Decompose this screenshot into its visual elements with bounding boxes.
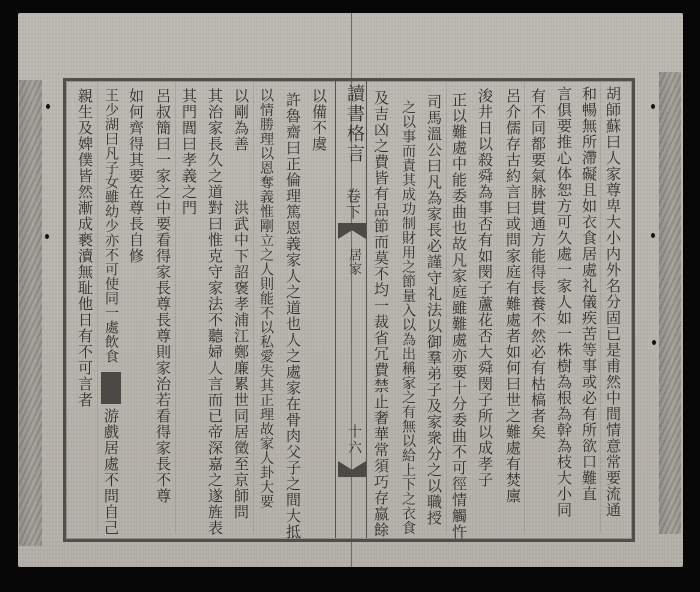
text-column: 游戲居處不問自己 xyxy=(101,408,119,536)
text-column: 以剛為善 xyxy=(231,88,249,152)
text-column: 呂介儒存古約言曰或問家庭有難處者如何曰世之難處有焚廪 xyxy=(503,88,521,504)
text-column: 如何齊得其要在尊長自修 xyxy=(126,88,144,264)
binding-hole xyxy=(45,234,49,239)
binding-hole xyxy=(46,104,50,109)
column-rule xyxy=(175,82,176,534)
volume-label: 卷下 xyxy=(343,188,364,220)
text-column: 洪武中下詔褒孝浦江鄭廉累世同居徵至京師問 xyxy=(231,200,249,520)
page-number: 十六 xyxy=(344,424,364,456)
column-rule xyxy=(253,82,254,534)
text-column: 其門閭曰孝義之門 xyxy=(179,88,197,216)
section-label: 居家 xyxy=(344,248,363,276)
column-rule xyxy=(97,82,98,534)
text-column: 司馬溫公曰凡為家長必謹守礼法以御羣弟子及家衆分之以職授 xyxy=(424,94,442,526)
text-column: 許魯齋曰正倫理篤恩義家人之道也人之處家在骨肉父子之間大抵 xyxy=(283,92,301,540)
text-column: 王少湖曰凡子女雖幼少亦不可使同一處飲食 xyxy=(101,88,119,364)
text-column: 胡師蘇曰人家尊卑大小内外名分固已是甫然中間情意常要流通 xyxy=(603,86,621,518)
binding-hole xyxy=(652,340,656,345)
column-rule xyxy=(446,82,447,534)
binding-hole xyxy=(651,104,655,109)
text-column: 有不同都要氣脉貫通方能得長養不然必有枯槁者矣 xyxy=(528,88,546,440)
text-column: 呂叔簡曰一家之中要看得家長尊長尊則家治若看得家長不尊 xyxy=(153,88,171,504)
right-binding-strip xyxy=(659,72,681,534)
text-column: 以備不虞 xyxy=(309,88,327,152)
book-title: 讀書格言 xyxy=(341,84,367,164)
text-column: 浚井日以殺舜為事否有如閔子蘆花否大舜閔子所以成孝子 xyxy=(475,88,493,488)
text-column: 正以難處中能委曲也故凡家庭雖難處亦要十分委曲不可徑情觸忤 xyxy=(449,92,467,540)
text-column: 及吉凶之費皆有品節而莫不均一裁省冗費禁止奢華常須巧存嬴餘 xyxy=(371,90,389,538)
text-column: 和暢無所滯礙且如衣食居處礼儀疾苦等事或必有所欲口難直 xyxy=(579,86,597,502)
left-binding-strip xyxy=(19,80,42,546)
center-column-left-rule xyxy=(335,80,336,538)
text-column: 親生及婢僕皆然漸成褻瀆無耻他日有不可言者 xyxy=(75,88,93,408)
column-rule xyxy=(600,82,601,534)
column-rule xyxy=(524,82,525,534)
binding-hole xyxy=(651,233,655,238)
blank-ink-block xyxy=(101,372,121,404)
text-column: 之以事而責其成功制財用之節量入以為出稱家之有無以給上下之衣食 xyxy=(398,100,416,535)
text-column: 以情勝理以恩奪義惟剛立之人則能不以私愛失其正理故家人卦大要 xyxy=(256,88,274,509)
text-column: 言俱要推心体恕方可久處一家人如一株樹為根為幹為枝大小同 xyxy=(554,86,572,518)
text-column: 其治家長久之道對曰惟克守家法不聽婦人言而已帝深嘉之遂旌表 xyxy=(205,88,223,536)
